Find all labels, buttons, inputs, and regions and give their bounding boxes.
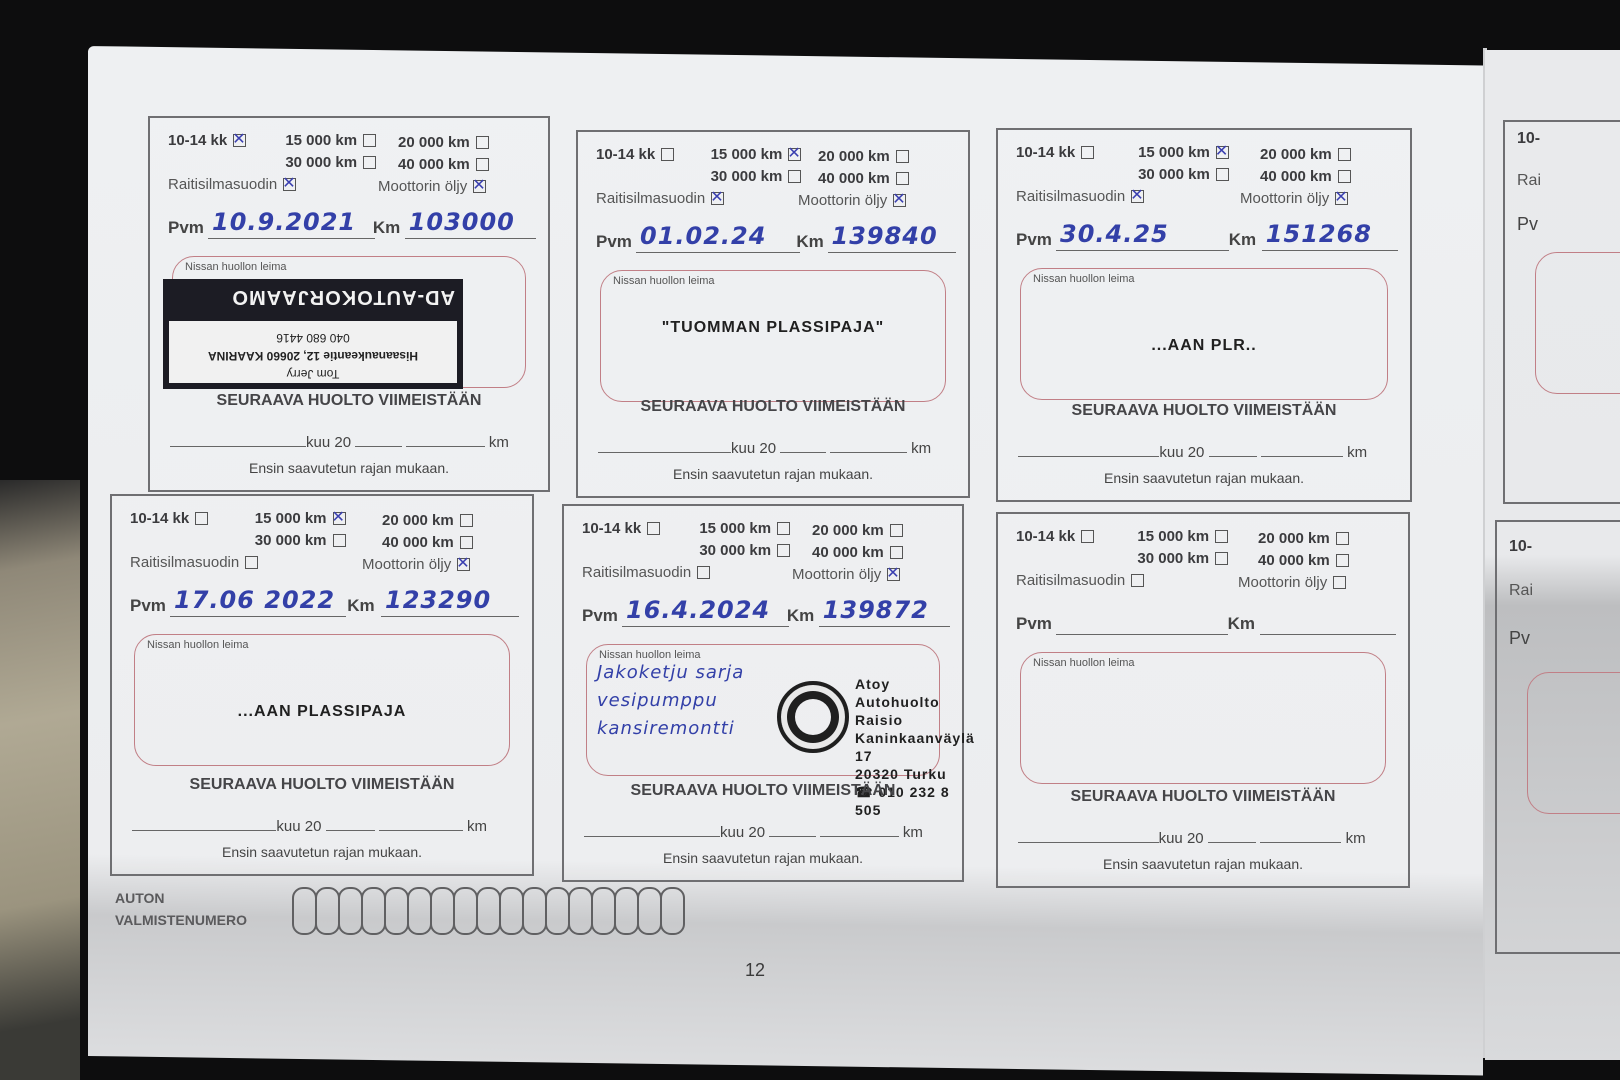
vin-cell[interactable] [637,887,662,935]
checkbox-km40[interactable] [1336,554,1349,567]
next-service-month[interactable] [598,452,731,453]
vin-cell[interactable] [430,887,455,935]
vin-label: AUTON VALMISTENUMERO [115,887,247,931]
checkbox-km40[interactable] [896,172,909,185]
vin-label-line2: VALMISTENUMERO [115,909,247,931]
next-service-heading: SEURAAVA HUOLTO VIIMEISTÄÄN [578,398,968,416]
service-record-5: 10-14 kk15 000 km20 000 km30 000 km40 00… [562,504,964,882]
next-service-year[interactable] [326,830,375,831]
label-km20: 20 000 km [398,134,470,151]
label-engine-oil: Moottorin öljy [1238,574,1327,591]
checkbox-km20[interactable] [890,524,903,537]
label-kuu: kuu 20 [720,824,765,841]
label-km15: 15 000 km [255,510,327,527]
vin-cell[interactable] [407,887,432,935]
checkbox-engine_oil[interactable] [457,558,470,571]
next-service-month[interactable] [1018,456,1159,457]
checkbox-km15[interactable] [363,134,376,147]
label-km30: 30 000 km [711,168,783,185]
checkbox-km15[interactable] [777,522,790,535]
checkbox-km30[interactable] [788,170,801,183]
checkbox-km20[interactable] [1336,532,1349,545]
label-km: Km [787,606,814,626]
right-fragment: Rai [1509,582,1533,600]
checkbox-km20[interactable] [476,136,489,149]
label-km15: 15 000 km [711,146,783,163]
next-service-heading: SEURAAVA HUOLTO VIIMEISTÄÄN [998,788,1408,806]
vin-input-cells [292,887,683,935]
right-stamp-area [1535,252,1620,394]
vin-cell[interactable] [361,887,386,935]
label-air-filter: Raitisilmasuodin [130,554,239,571]
stamp-text: ...AAN PLASSIPAJA [135,703,509,721]
km-value[interactable]: 151268 [1266,220,1372,248]
label-interval: 10-14 kk [582,520,641,537]
stamp-text: "TUOMMAN PLASSIPAJA" [601,319,945,337]
label-interval: 10-14 kk [168,132,227,149]
label-km-unit: km [1347,444,1367,461]
right-fragment: 10- [1517,130,1540,148]
checkbox-km20[interactable] [460,514,473,527]
next-service-heading: SEURAAVA HUOLTO VIIMEISTÄÄN [112,776,532,794]
next-service-year[interactable] [769,836,816,837]
vin-cell[interactable] [453,887,478,935]
floor-background [0,480,80,1080]
note-first-reached: Ensin saavutetun rajan mukaan. [150,460,548,476]
date-value[interactable]: 16.4.2024 [626,596,770,624]
date-value[interactable]: 10.9.2021 [212,208,356,236]
note-first-reached: Ensin saavutetun rajan mukaan. [998,856,1408,872]
label-kuu: kuu 20 [731,440,776,457]
checkbox-km30[interactable] [777,544,790,557]
right-fragment: Pv [1517,214,1538,235]
label-engine-oil: Moottorin öljy [1240,190,1329,207]
right-page-box-top: 10- Rai Pv [1503,120,1620,504]
checkbox-air_filter[interactable] [283,178,296,191]
next-service-km[interactable] [820,836,899,837]
vin-cell[interactable] [545,887,570,935]
vin-cell[interactable] [499,887,524,935]
label-engine-oil: Moottorin öljy [798,192,887,209]
label-km-unit: km [467,818,487,835]
label-km20: 20 000 km [382,512,454,529]
service-record-1: 10-14 kk15 000 km20 000 km30 000 km40 00… [148,116,550,492]
vin-cell[interactable] [384,887,409,935]
stamp-caption: Nissan huollon leima [185,261,287,273]
checkbox-engine_oil[interactable] [893,194,906,207]
stamp-area: Nissan huollon leima"TUOMMAN PLASSIPAJA" [600,270,946,402]
label-kuu: kuu 20 [1159,444,1204,461]
label-kuu: kuu 20 [276,818,321,835]
stamp-area: Nissan huollon leimaTom JerryHisaanaukea… [172,256,526,388]
next-service-heading: SEURAAVA HUOLTO VIIMEISTÄÄN [564,782,962,800]
vin-cell[interactable] [315,887,340,935]
checkbox-engine_oil[interactable] [887,568,900,581]
label-km40: 40 000 km [382,534,454,551]
checkbox-km15[interactable] [1216,146,1229,159]
label-air-filter: Raitisilmasuodin [596,190,705,207]
label-km30: 30 000 km [699,542,771,559]
right-fragment: Pv [1509,628,1530,649]
next-service-km[interactable] [1261,456,1343,457]
checkbox-km40[interactable] [1338,170,1351,183]
vin-cell[interactable] [591,887,616,935]
label-date: Pvm [582,606,618,626]
label-km: Km [796,232,823,252]
checkbox-kk[interactable] [1081,146,1094,159]
checkbox-km15[interactable] [333,512,346,525]
booklet-page-right: 10- Rai Pv 10- Rai Pv [1485,50,1620,1060]
next-service-heading: SEURAAVA HUOLTO VIIMEISTÄÄN [998,402,1410,420]
next-service-fields: kuu 20 km [598,440,948,457]
next-service-km[interactable] [379,830,463,831]
label-km40: 40 000 km [398,156,470,173]
vin-cell[interactable] [476,887,501,935]
next-service-fields: kuu 20 km [1018,444,1390,461]
next-service-heading: SEURAAVA HUOLTO VIIMEISTÄÄN [150,392,548,410]
service-record-2: 10-14 kk15 000 km20 000 km30 000 km40 00… [576,130,970,498]
label-km40: 40 000 km [818,170,890,187]
note-first-reached: Ensin saavutetun rajan mukaan. [578,466,968,482]
date-value[interactable]: 01.02.24 [640,222,766,250]
next-service-fields: kuu 20 km [132,818,512,835]
label-date: Pvm [130,596,166,616]
note-first-reached: Ensin saavutetun rajan mukaan. [112,844,532,860]
label-interval: 10-14 kk [130,510,189,527]
date-value[interactable]: 30.4.25 [1060,220,1169,248]
next-service-year[interactable] [1209,456,1257,457]
label-km: Km [373,218,400,238]
label-km20: 20 000 km [1258,530,1330,547]
checkbox-km40[interactable] [890,546,903,559]
label-interval: 10-14 kk [1016,528,1075,545]
label-km: Km [1229,230,1256,250]
stamp-area: Nissan huollon leima...AAN PLASSIPAJA [134,634,510,766]
label-interval: 10-14 kk [1016,144,1075,161]
checkbox-engine_oil[interactable] [473,180,486,193]
label-km-unit: km [489,434,509,451]
next-service-km[interactable] [406,446,485,447]
vin-cell[interactable] [522,887,547,935]
checkbox-air_filter[interactable] [1131,190,1144,203]
checkbox-air_filter[interactable] [1131,574,1144,587]
label-interval: 10-14 kk [596,146,655,163]
stamp-caption: Nissan huollon leima [147,639,249,651]
page-number: 12 [745,960,765,981]
checkbox-air_filter[interactable] [711,192,724,205]
label-engine-oil: Moottorin öljy [362,556,451,573]
stamp-ad-autokorjaamo: Tom JerryHisaanaukeantie 12, 20660 KAARI… [163,279,463,389]
stamp-area: Nissan huollon leimaJakoketju sarjavesip… [586,644,940,776]
label-km20: 20 000 km [818,148,890,165]
label-km30: 30 000 km [255,532,327,549]
label-km40: 40 000 km [1258,552,1330,569]
next-service-km[interactable] [830,452,907,453]
stamp-area: Nissan huollon leima [1020,652,1386,784]
checkbox-km30[interactable] [1216,168,1229,181]
label-km30: 30 000 km [1137,550,1209,567]
label-date: Pvm [1016,614,1052,634]
next-service-year[interactable] [1208,842,1256,843]
next-service-year[interactable] [780,452,826,453]
checkbox-km15[interactable] [788,148,801,161]
service-record-3: 10-14 kk15 000 km20 000 km30 000 km40 00… [996,128,1412,502]
checkbox-km20[interactable] [896,150,909,163]
checkbox-kk[interactable] [1081,530,1094,543]
next-service-fields: kuu 20 km [170,434,528,451]
checkbox-km30[interactable] [1215,552,1228,565]
label-km20: 20 000 km [1260,146,1332,163]
stamp-caption: Nissan huollon leima [613,275,715,287]
label-air-filter: Raitisilmasuodin [1016,572,1125,589]
next-service-month[interactable] [1018,842,1159,843]
km-value[interactable]: 103000 [409,208,515,236]
label-air-filter: Raitisilmasuodin [168,176,277,193]
right-fragment: 10- [1509,538,1532,556]
right-fragment: Rai [1517,172,1541,190]
label-km15: 15 000 km [1137,528,1209,545]
label-air-filter: Raitisilmasuodin [1016,188,1125,205]
label-date: Pvm [596,232,632,252]
stamp-caption: Nissan huollon leima [1033,273,1135,285]
label-km: Km [1228,614,1255,634]
handwritten-notes: Jakoketju sarjavesipumppukansiremontti [597,659,744,743]
label-kuu: kuu 20 [1159,830,1204,847]
label-km30: 30 000 km [285,154,357,171]
checkbox-engine_oil[interactable] [1333,576,1346,589]
note-first-reached: Ensin saavutetun rajan mukaan. [564,850,962,866]
next-service-month[interactable] [132,830,276,831]
vin-cell[interactable] [292,887,317,935]
checkbox-kk[interactable] [647,522,660,535]
label-km-unit: km [911,440,931,457]
service-record-4: 10-14 kk15 000 km20 000 km30 000 km40 00… [110,494,534,876]
atoy-logo-icon [777,681,849,753]
checkbox-engine_oil[interactable] [1335,192,1348,205]
checkbox-km40[interactable] [476,158,489,171]
label-km15: 15 000 km [285,132,357,149]
checkbox-km15[interactable] [1215,530,1228,543]
checkbox-km20[interactable] [1338,148,1351,161]
next-service-month[interactable] [170,446,306,447]
label-km15: 15 000 km [1138,144,1210,161]
label-km20: 20 000 km [812,522,884,539]
right-stamp-area [1527,672,1620,814]
vin-cell[interactable] [568,887,593,935]
label-km40: 40 000 km [812,544,884,561]
vin-cell[interactable] [338,887,363,935]
label-km40: 40 000 km [1260,168,1332,185]
checkbox-km30[interactable] [333,534,346,547]
next-service-fields: kuu 20 km [1018,830,1388,847]
next-service-year[interactable] [355,446,402,447]
label-engine-oil: Moottorin öljy [378,178,467,195]
label-km-unit: km [1346,830,1366,847]
label-date: Pvm [168,218,204,238]
next-service-month[interactable] [584,836,720,837]
stamp-text: ...AAN PLR.. [1021,337,1387,355]
label-km: Km [347,596,374,616]
vin-cell[interactable] [660,887,685,935]
label-date: Pvm [1016,230,1052,250]
vin-cell[interactable] [614,887,639,935]
next-service-km[interactable] [1260,842,1341,843]
service-record-6: 10-14 kk15 000 km20 000 km30 000 km40 00… [996,512,1410,888]
checkbox-km40[interactable] [460,536,473,549]
stamp-caption: Nissan huollon leima [1033,657,1135,669]
label-kuu: kuu 20 [306,434,351,451]
km-value[interactable]: 139840 [832,222,938,250]
km-value[interactable]: 123290 [385,586,491,614]
checkbox-kk[interactable] [661,148,674,161]
checkbox-air_filter[interactable] [245,556,258,569]
next-service-fields: kuu 20 km [584,824,942,841]
label-engine-oil: Moottorin öljy [792,566,881,583]
checkbox-km30[interactable] [363,156,376,169]
date-value[interactable]: 17.06 2022 [174,586,335,614]
km-value[interactable]: 139872 [823,596,929,624]
right-page-box-bottom: 10- Rai Pv [1495,520,1620,954]
stamp-area: Nissan huollon leima...AAN PLR.. [1020,268,1388,400]
note-first-reached: Ensin saavutetun rajan mukaan. [998,470,1410,486]
checkbox-kk[interactable] [195,512,208,525]
vin-label-line1: AUTON [115,887,247,909]
label-air-filter: Raitisilmasuodin [582,564,691,581]
label-km15: 15 000 km [699,520,771,537]
label-km-unit: km [903,824,923,841]
checkbox-kk[interactable] [233,134,246,147]
label-km30: 30 000 km [1138,166,1210,183]
checkbox-air_filter[interactable] [697,566,710,579]
